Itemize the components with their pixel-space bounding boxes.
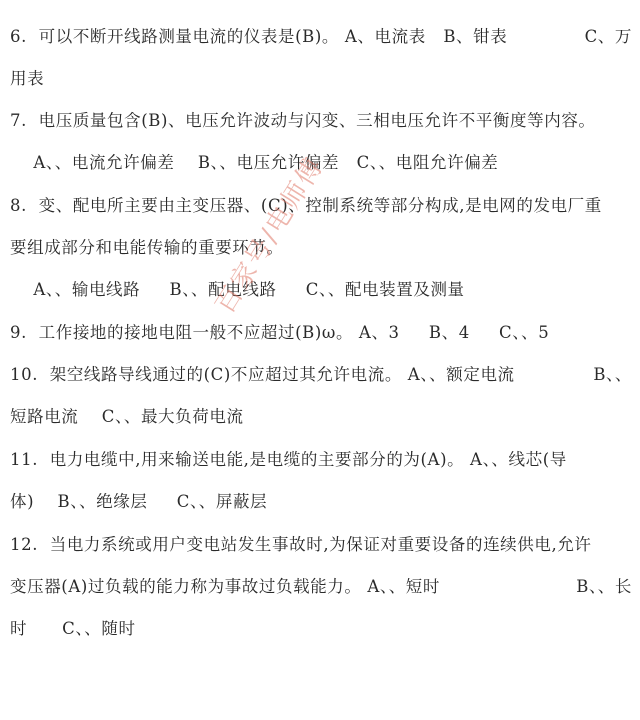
question-text: 12. 当电力系统或用户变电站发生事故时,为保证对重要设备的连续供电,允许 [10, 535, 592, 554]
question-11-line-1: 11. 电力电缆中,用来输送电能,是电缆的主要部分的为(A)。 A、、线芯(导 [10, 448, 632, 472]
option-text: A、、电流允许偏差 B、、电压允许偏差 C、、电阻允许偏差 [10, 153, 498, 172]
option-text: 时 C、、随时 [10, 619, 136, 638]
question-text: 8. 变、配电所主要由主变压器、(C)、控制系统等部分构成,是电网的发电厂重 [10, 196, 602, 215]
question-6-line-1: 6. 可以不断开线路测量电流的仪表是(B)。 A、电流表 B、钳表 C、万 [10, 25, 632, 49]
question-11-line-2: 体) B、、绝缘层 C、、屏蔽层 [10, 490, 632, 514]
question-text: 10. 架空线路导线通过的(C)不应超过其允许电流。 A、、额定电流 [10, 363, 515, 387]
question-7-options: A、、电流允许偏差 B、、电压允许偏差 C、、电阻允许偏差 [10, 151, 632, 175]
question-text: 要组成部分和电能传输的重要环节。 [10, 238, 284, 257]
question-8-line-2: 要组成部分和电能传输的重要环节。 [10, 236, 632, 260]
question-text: 6. 可以不断开线路测量电流的仪表是(B)。 A、电流表 B、钳表 [10, 25, 507, 49]
option-text: 体) B、、绝缘层 C、、屏蔽层 [10, 492, 267, 511]
question-text: 变压器(A)过负载的能力称为事故过负载能力。 A、、短时 [10, 575, 440, 599]
option-text: C、万 [585, 25, 632, 49]
option-text: B、、 [593, 363, 632, 387]
question-text: 7. 电压质量包含(B)、电压允许波动与闪变、三相电压允许不平衡度等内容。 [10, 111, 596, 130]
question-7-line-1: 7. 电压质量包含(B)、电压允许波动与闪变、三相电压允许不平衡度等内容。 [10, 109, 632, 133]
question-12-line-1: 12. 当电力系统或用户变电站发生事故时,为保证对重要设备的连续供电,允许 [10, 533, 632, 557]
option-text: A、、输电线路 B、、配电线路 C、、配电装置及测量 [10, 280, 465, 299]
question-text: 9. 工作接地的接地电阻一般不应超过(B)ω。 A、3 B、4 C、、5 [10, 323, 549, 342]
question-8-line-1: 8. 变、配电所主要由主变压器、(C)、控制系统等部分构成,是电网的发电厂重 [10, 194, 632, 218]
question-6-line-2: 用表 [10, 67, 632, 91]
question-10-line-1: 10. 架空线路导线通过的(C)不应超过其允许电流。 A、、额定电流 B、、 [10, 363, 632, 387]
option-text: B、、长 [576, 575, 632, 599]
question-text: 用表 [10, 69, 44, 88]
question-12-line-3: 时 C、、随时 [10, 617, 632, 641]
question-text: 11. 电力电缆中,用来输送电能,是电缆的主要部分的为(A)。 A、、线芯(导 [10, 450, 567, 469]
question-10-line-2: 短路电流 C、、最大负荷电流 [10, 405, 632, 429]
question-12-line-2: 变压器(A)过负载的能力称为事故过负载能力。 A、、短时 B、、长 [10, 575, 632, 599]
document-page: 6. 可以不断开线路测量电流的仪表是(B)。 A、电流表 B、钳表 C、万 用表… [0, 0, 640, 720]
question-8-options: A、、输电线路 B、、配电线路 C、、配电装置及测量 [10, 278, 632, 302]
option-text: 短路电流 C、、最大负荷电流 [10, 407, 244, 426]
question-9-line-1: 9. 工作接地的接地电阻一般不应超过(B)ω。 A、3 B、4 C、、5 [10, 321, 632, 345]
